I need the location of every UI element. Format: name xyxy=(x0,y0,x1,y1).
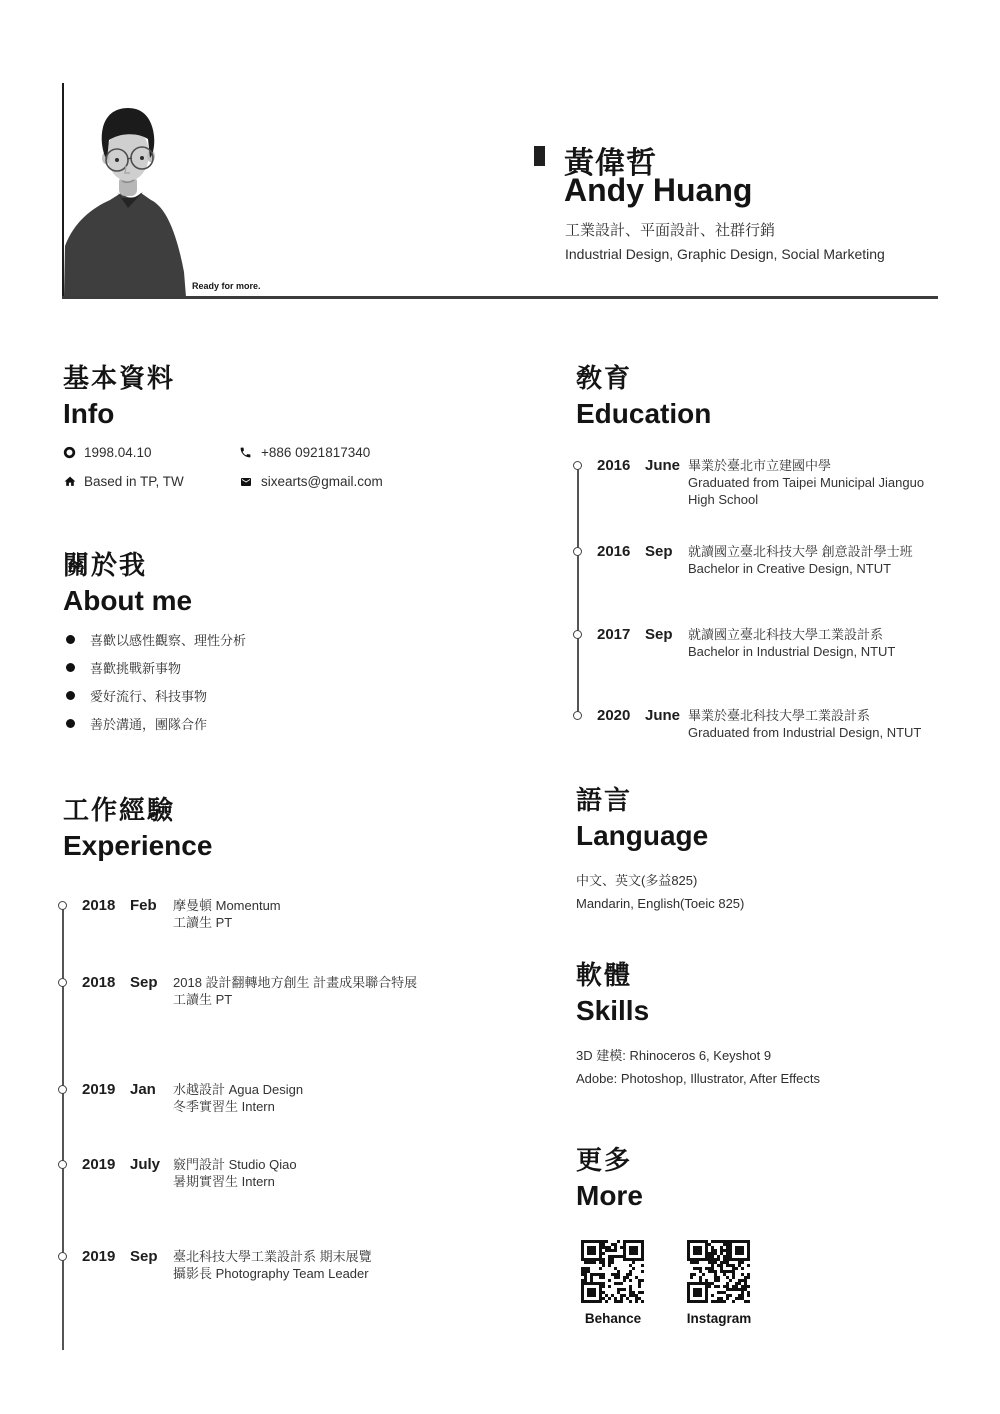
entry-line1: 畢業於臺北市立建國中學 xyxy=(688,458,831,473)
subtitle-en: Industrial Design, Graphic Design, Socia… xyxy=(565,246,885,262)
education-title-cjk: 敎育 xyxy=(576,363,711,393)
entry-desc: 竅門設計 Studio Qiao暑期實習生 Intern xyxy=(173,1156,297,1190)
entry-year: 2018 xyxy=(82,974,130,991)
entry-month: July xyxy=(130,1156,173,1173)
phone-value: +886 0921817340 xyxy=(261,445,383,460)
entry-desc: 就讀國立臺北科技大學 創意設計學士班Bachelor in Creative D… xyxy=(688,543,943,577)
entry-line2: 暑期實習生 Intern xyxy=(173,1174,275,1189)
about-list: 喜歡以感性觀察、理性分析 喜歡挑戰新事物 愛好流行、科技事物 善於溝通，團隊合作 xyxy=(66,633,246,745)
entry-year: 2017 xyxy=(597,626,645,643)
phone-icon xyxy=(239,446,261,459)
timeline-node xyxy=(58,978,67,987)
entry-line1: 就讀國立臺北科技大學工業設計系 xyxy=(688,627,883,642)
about-section-heading: 關於我 About me xyxy=(63,550,192,616)
timeline-node xyxy=(58,901,67,910)
experience-title-en: Experience xyxy=(63,831,212,861)
entry-desc: 摩曼頓 Momentum工讀生 PT xyxy=(173,897,281,931)
bullet-icon xyxy=(66,719,75,728)
language-title-cjk: 語言 xyxy=(576,785,708,815)
entry-line1: 臺北科技大學工業設計系 期末展覽 xyxy=(173,1249,372,1264)
skills-section-heading: 軟體 Skills xyxy=(576,960,649,1026)
entry-year: 2016 xyxy=(597,457,645,474)
skills-title-en: Skills xyxy=(576,996,649,1026)
experience-entry: 2018 Feb 摩曼頓 Momentum工讀生 PT xyxy=(82,897,462,931)
entry-desc: 就讀國立臺北科技大學工業設計系Bachelor in Industrial De… xyxy=(688,626,943,660)
experience-section-heading: 工作經驗 Experience xyxy=(63,795,212,861)
language-title-en: Language xyxy=(576,821,708,851)
skills-line-adobe: Adobe: Photoshop, Illustrator, After Eff… xyxy=(576,1067,820,1090)
entry-year: 2019 xyxy=(82,1081,130,1098)
about-bullet-text: 喜歡以感性觀察、理性分析 xyxy=(90,630,246,649)
education-entry: 2016 June 畢業於臺北市立建國中學Graduated from Taip… xyxy=(597,457,938,508)
entry-line2: Bachelor in Industrial Design, NTUT xyxy=(688,644,895,659)
entry-line1: 2018 設計翻轉地方創生 計畫成果聯合特展 xyxy=(173,975,417,990)
entry-desc: 臺北科技大學工業設計系 期末展覽攝影長 Photography Team Lea… xyxy=(173,1248,372,1282)
entry-month: Sep xyxy=(130,974,173,991)
experience-title-cjk: 工作經驗 xyxy=(63,795,212,825)
entry-month: Sep xyxy=(130,1248,173,1265)
entry-month: Sep xyxy=(645,543,688,560)
entry-desc: 畢業於臺北科技大學工業設計系Graduated from Industrial … xyxy=(688,707,943,741)
timeline-node xyxy=(573,630,582,639)
info-grid: 1998.04.10 +886 0921817340 Based in TP, … xyxy=(63,445,383,489)
info-title-en: Info xyxy=(63,399,175,429)
info-section-heading: 基本資料 Info xyxy=(63,363,175,429)
entry-desc: 畢業於臺北市立建國中學Graduated from Taipei Municip… xyxy=(688,457,938,508)
education-entry: 2017 Sep 就讀國立臺北科技大學工業設計系Bachelor in Indu… xyxy=(597,626,943,660)
instagram-qr-code xyxy=(687,1240,750,1303)
bullet-icon xyxy=(66,663,75,672)
language-section-heading: 語言 Language xyxy=(576,785,708,851)
instagram-qr-label: Instagram xyxy=(687,1311,752,1326)
entry-month: June xyxy=(645,707,688,724)
entry-month: June xyxy=(645,457,688,474)
skills-title-cjk: 軟體 xyxy=(576,960,649,990)
home-icon xyxy=(63,475,84,488)
entry-line1: 畢業於臺北科技大學工業設計系 xyxy=(688,708,870,723)
entry-line2: Graduated from Industrial Design, NTUT xyxy=(688,725,921,740)
entry-year: 2016 xyxy=(597,543,645,560)
more-section-heading: 更多 More xyxy=(576,1145,643,1211)
education-entry: 2020 June 畢業於臺北科技大學工業設計系Graduated from I… xyxy=(597,707,943,741)
about-title-en: About me xyxy=(63,586,192,616)
info-title-cjk: 基本資料 xyxy=(63,363,175,393)
entry-year: 2020 xyxy=(597,707,645,724)
list-item: 愛好流行、科技事物 xyxy=(66,689,246,702)
timeline-node xyxy=(58,1252,67,1261)
entry-month: Sep xyxy=(645,626,688,643)
list-item: 喜歡以感性觀察、理性分析 xyxy=(66,633,246,646)
entry-line2: 攝影長 Photography Team Leader xyxy=(173,1266,369,1281)
experience-entry: 2019 Sep 臺北科技大學工業設計系 期末展覽攝影長 Photography… xyxy=(82,1248,462,1282)
header-divider xyxy=(62,296,938,299)
bullet-icon xyxy=(66,691,75,700)
list-item: 善於溝通，團隊合作 xyxy=(66,717,246,730)
education-section-heading: 敎育 Education xyxy=(576,363,711,429)
language-line-en: Mandarin, English(Toeic 825) xyxy=(576,892,744,915)
entry-desc: 2018 設計翻轉地方創生 計畫成果聯合特展工讀生 PT xyxy=(173,974,417,1008)
birthday-icon xyxy=(63,446,84,459)
language-line-cjk: 中文、英文(多益825) xyxy=(576,869,744,892)
entry-line1: 就讀國立臺北科技大學 創意設計學士班 xyxy=(688,544,913,559)
behance-qr-code xyxy=(581,1240,644,1303)
mail-icon xyxy=(239,476,261,488)
subtitle-cjk: 工業設計、平面設計、社群行銷 xyxy=(565,219,775,240)
timeline-node xyxy=(573,547,582,556)
about-title-cjk: 關於我 xyxy=(63,550,192,580)
entry-month: Jan xyxy=(130,1081,173,1098)
birthday-value: 1998.04.10 xyxy=(84,445,239,460)
experience-entry: 2018 Sep 2018 設計翻轉地方創生 計畫成果聯合特展工讀生 PT xyxy=(82,974,462,1008)
timeline-node xyxy=(573,711,582,720)
about-bullet-text: 愛好流行、科技事物 xyxy=(90,686,207,705)
skills-lines: 3D 建模: Rhinoceros 6, Keyshot 9 Adobe: Ph… xyxy=(576,1044,820,1090)
resume-page: Ready for more. 黃偉哲 Andy Huang 工業設計、平面設計… xyxy=(0,0,1000,1414)
name-square-bullet xyxy=(534,146,545,166)
entry-year: 2018 xyxy=(82,897,130,914)
education-timeline-line xyxy=(577,465,579,715)
experience-timeline-line xyxy=(62,905,64,1350)
bullet-icon xyxy=(66,635,75,644)
profile-photo xyxy=(64,94,186,297)
skills-line-3d: 3D 建模: Rhinoceros 6, Keyshot 9 xyxy=(576,1044,820,1067)
entry-desc: 水越設計 Agua Design冬季實習生 Intern xyxy=(173,1081,303,1115)
entry-line2: 冬季實習生 Intern xyxy=(173,1099,275,1114)
email-value: sixearts@gmail.com xyxy=(261,474,383,489)
entry-line1: 水越設計 Agua Design xyxy=(173,1082,303,1097)
behance-qr-label: Behance xyxy=(585,1311,641,1326)
about-bullet-text: 善於溝通，團隊合作 xyxy=(90,714,207,733)
location-value: Based in TP, TW xyxy=(84,474,239,489)
more-title-cjk: 更多 xyxy=(576,1145,643,1175)
entry-line2: 工讀生 PT xyxy=(173,915,232,930)
entry-line2: 工讀生 PT xyxy=(173,992,232,1007)
entry-line1: 摩曼頓 Momentum xyxy=(173,898,281,913)
education-entry: 2016 Sep 就讀國立臺北科技大學 創意設計學士班Bachelor in C… xyxy=(597,543,943,577)
timeline-node xyxy=(573,461,582,470)
entry-line1: 竅門設計 Studio Qiao xyxy=(173,1157,297,1172)
experience-entry: 2019 Jan 水越設計 Agua Design冬季實習生 Intern xyxy=(82,1081,462,1115)
list-item: 喜歡挑戰新事物 xyxy=(66,661,246,674)
name-en: Andy Huang xyxy=(564,172,752,209)
entry-line2: Bachelor in Creative Design, NTUT xyxy=(688,561,891,576)
more-title-en: More xyxy=(576,1181,643,1211)
entry-year: 2019 xyxy=(82,1156,130,1173)
entry-year: 2019 xyxy=(82,1248,130,1265)
language-lines: 中文、英文(多益825) Mandarin, English(Toeic 825… xyxy=(576,869,744,915)
entry-month: Feb xyxy=(130,897,173,914)
photo-caption: Ready for more. xyxy=(192,281,261,291)
about-bullet-text: 喜歡挑戰新事物 xyxy=(90,658,181,677)
experience-entry: 2019 July 竅門設計 Studio Qiao暑期實習生 Intern xyxy=(82,1156,462,1190)
education-title-en: Education xyxy=(576,399,711,429)
timeline-node xyxy=(58,1085,67,1094)
entry-line2: Graduated from Taipei Municipal Jianguo … xyxy=(688,475,924,507)
timeline-node xyxy=(58,1160,67,1169)
